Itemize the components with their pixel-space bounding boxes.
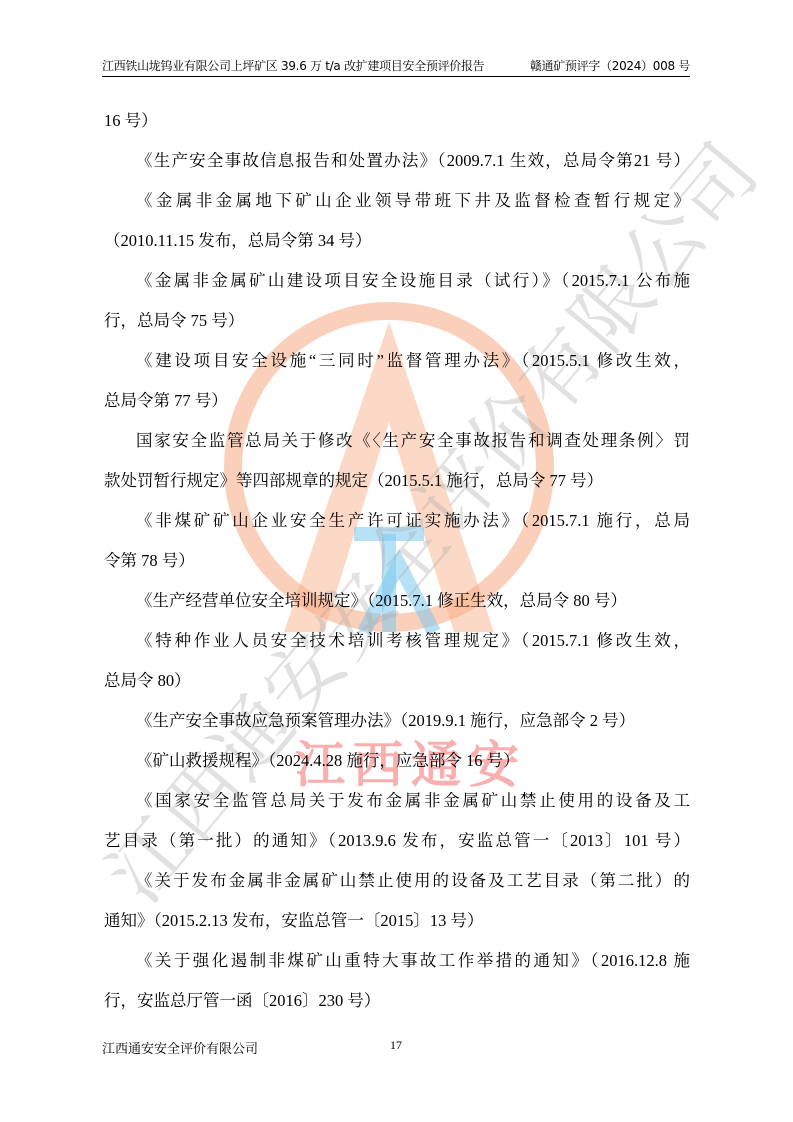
text-line: 《关于强化遏制非煤矿山重特大事故工作举措的通知》（2016.12.8 施 <box>136 948 690 974</box>
text-line: 《生产安全事故信息报告和处置办法》（2009.7.1 生效，总局令第21 号） <box>136 148 690 174</box>
text-line: 《非煤矿矿山企业安全生产许可证实施办法》（2015.7.1 施行，总局 <box>136 508 690 534</box>
text-line: 《国家安全监管总局关于发布金属非金属矿山禁止使用的设备及工 <box>136 788 690 814</box>
text-line: 艺目录（第一批）的通知》（2013.9.6 发布，安监总管一〔2013〕101 … <box>104 828 690 854</box>
page-number: 17 <box>390 1038 402 1053</box>
text-line: 《生产经营单位安全培训规定》（2015.7.1 修正生效，总局令 80 号） <box>136 588 690 614</box>
text-line: 《关于发布金属非金属矿山禁止使用的设备及工艺目录（第二批）的 <box>136 868 690 894</box>
text-line: 总局令第 77 号） <box>104 388 690 414</box>
text-line: （2010.11.15 发布，总局令第 34 号） <box>104 228 690 254</box>
text-line: 行，安监总厅管一函〔2016〕230 号） <box>104 988 690 1014</box>
report-title: 江西铁山垅钨业有限公司上坪矿区 39.6 万 t/a 改扩建项目安全预评价报告 <box>102 57 484 74</box>
document-page: 江西通安 江西通安安全评价有限公司 江西铁山垅钨业有限公司上坪矿区 39.6 万… <box>0 0 793 1122</box>
text-line: 令第 78 号） <box>104 548 690 574</box>
report-number: 赣通矿预评字（2024）008 号 <box>530 57 690 74</box>
text-line: 行，总局令 75 号） <box>104 308 690 334</box>
text-line: 国家安全监管总局关于修改《〈生产安全事故报告和调查处理条例〉罚 <box>136 428 690 454</box>
text-line: 《特种作业人员安全技术培训考核管理规定》（2015.7.1 修改生效， <box>136 628 690 654</box>
text-line: 款处罚暂行规定》等四部规章的规定（2015.5.1 施行，总局令 77 号） <box>104 468 690 494</box>
footer-company: 江西通安安全评价有限公司 <box>102 1038 258 1057</box>
text-line: 《金属非金属地下矿山企业领导带班下井及监督检查暂行规定》 <box>136 188 690 214</box>
text-line: 16 号） <box>104 108 690 134</box>
text-line: 《建设项目安全设施“三同时”监督管理办法》（2015.5.1 修改生效， <box>136 348 690 374</box>
page-header: 江西铁山垅钨业有限公司上坪矿区 39.6 万 t/a 改扩建项目安全预评价报告 … <box>102 56 690 77</box>
text-line: 《金属非金属矿山建设项目安全设施目录（试行）》（2015.7.1 公布施 <box>136 268 690 294</box>
text-line: 《生产安全事故应急预案管理办法》（2019.9.1 施行，应急部令 2 号） <box>136 708 690 734</box>
text-line: 通知》（2015.2.13 发布，安监总管一〔2015〕13 号） <box>104 908 690 934</box>
text-line: 《矿山救援规程》（2024.4.28 施行，应急部令 16 号） <box>136 748 690 774</box>
text-line: 总局令 80） <box>104 668 690 694</box>
